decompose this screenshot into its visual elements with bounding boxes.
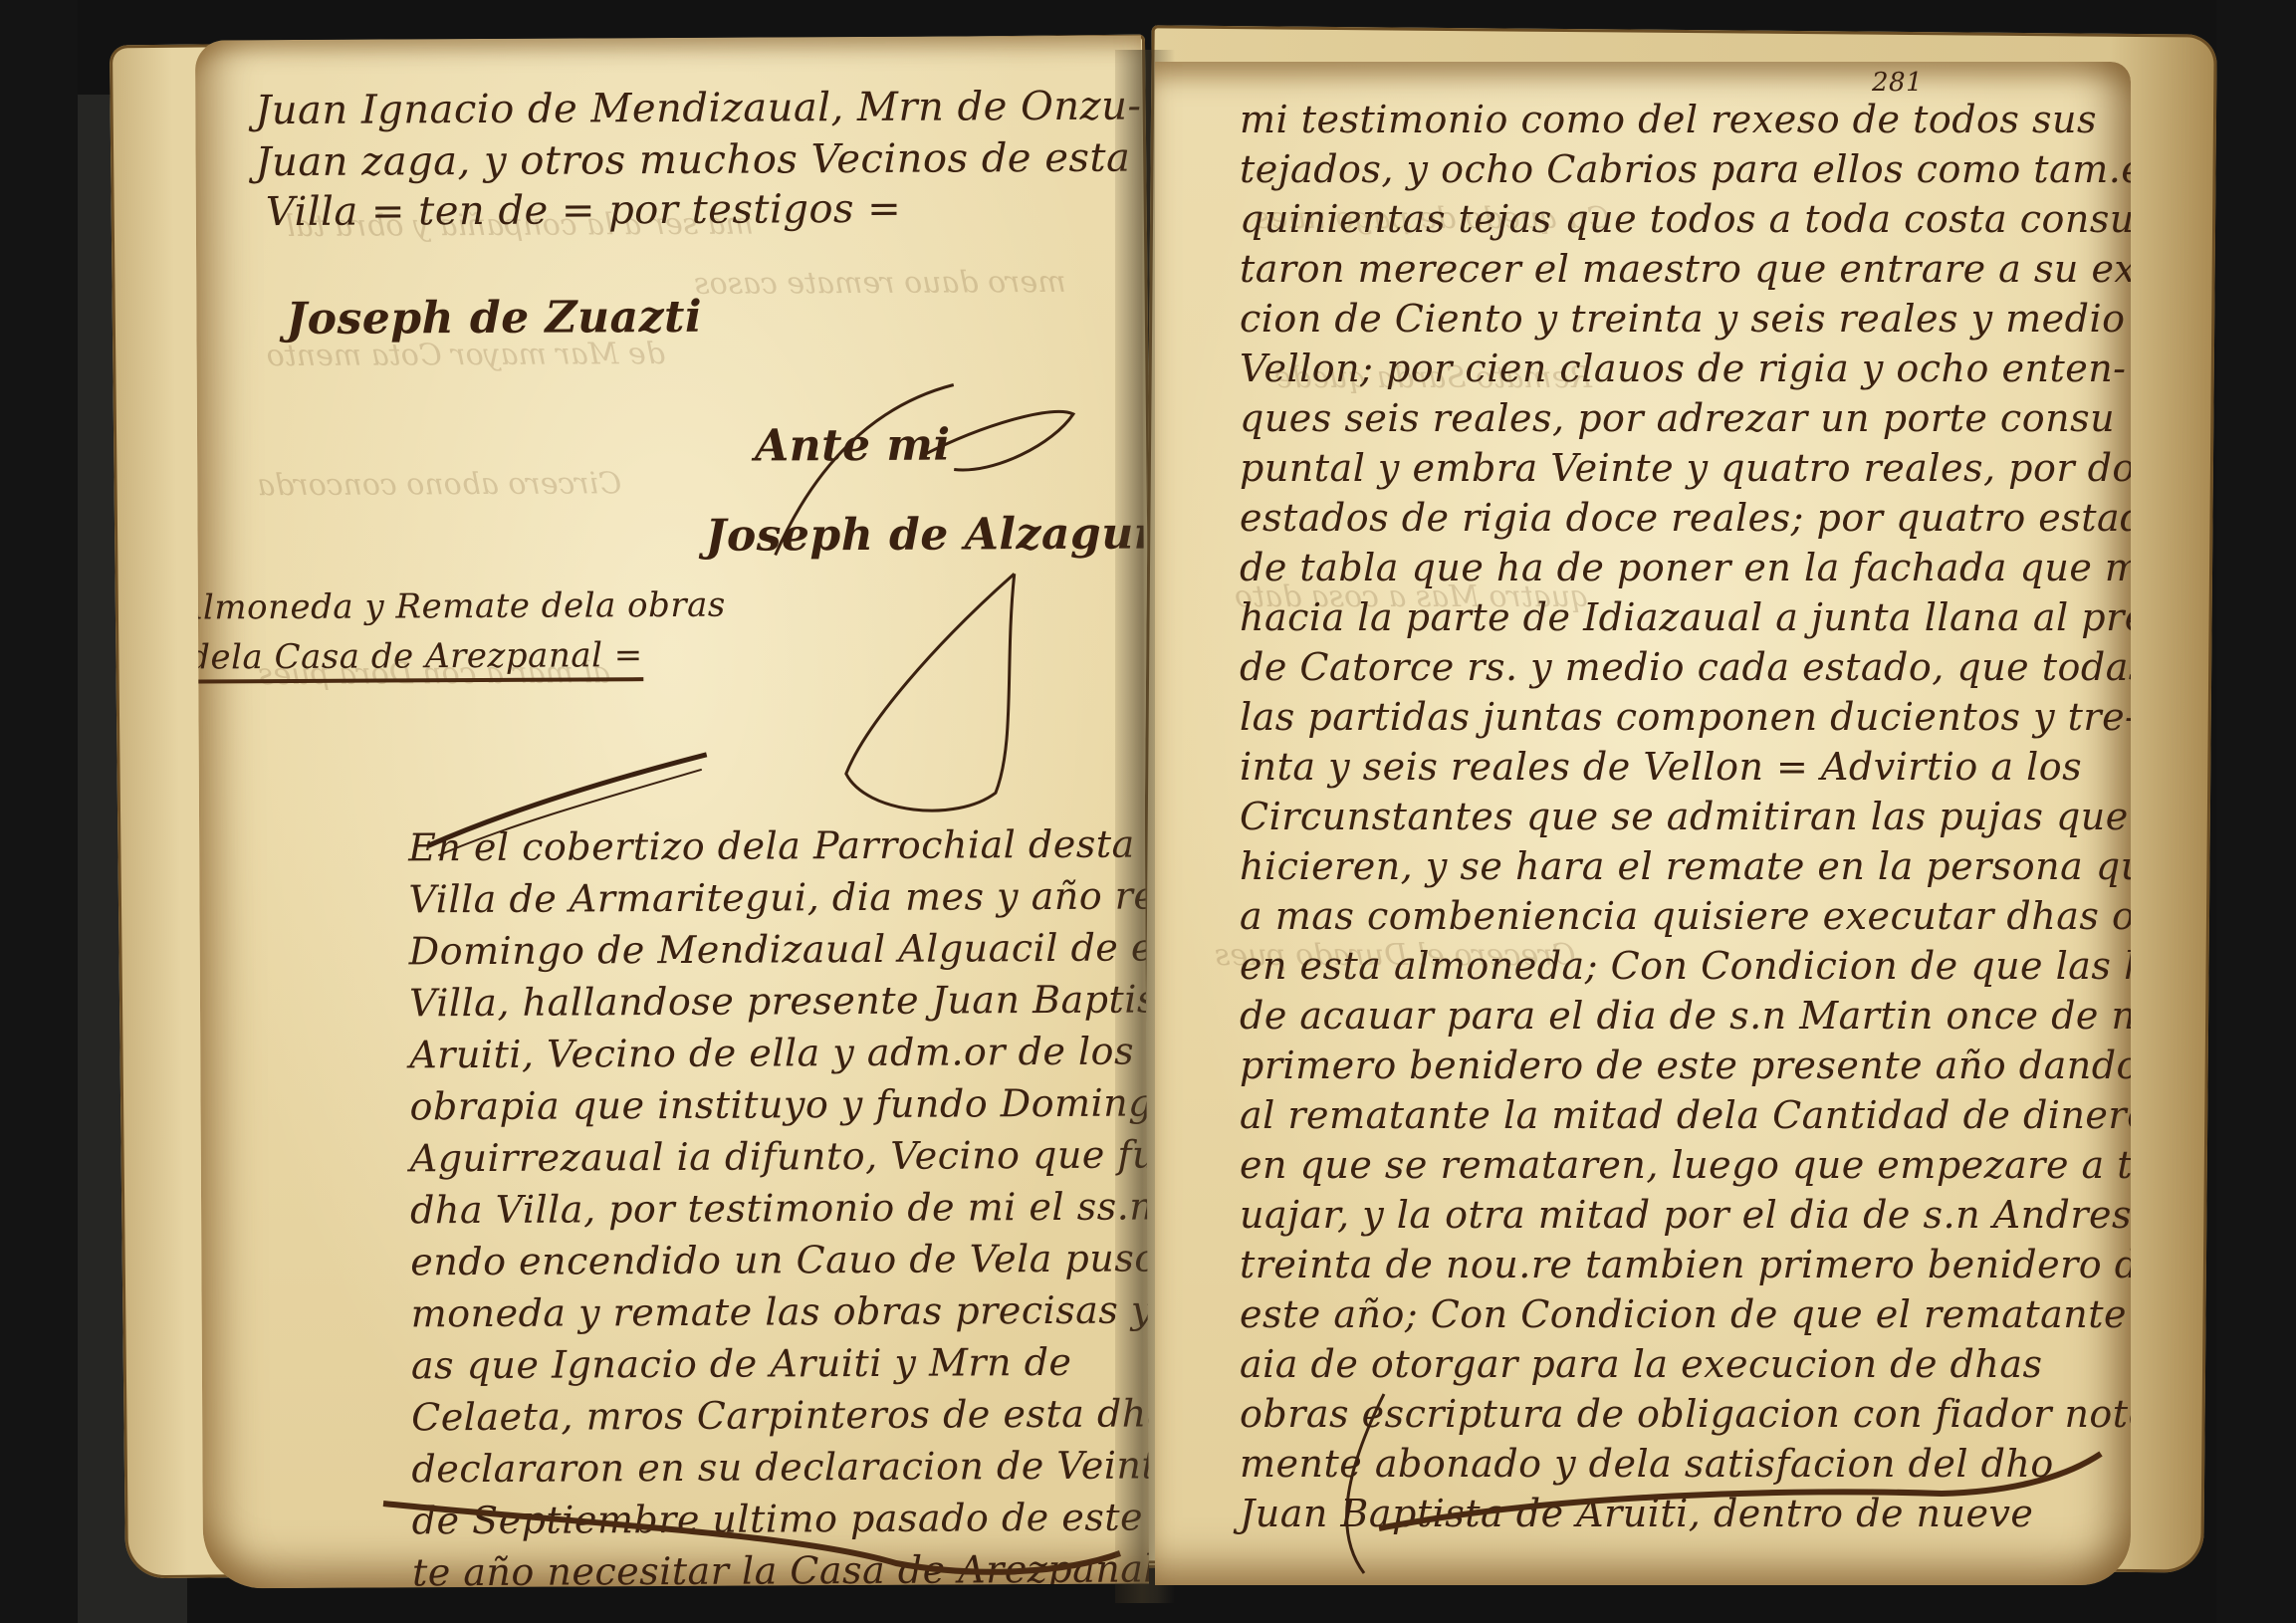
body-line: Villa, hallandose presente Juan Baptista…: [409, 977, 1149, 1025]
folio-number: 281: [1872, 68, 1923, 98]
body-line: Aguirrezaual ia difunto, Vecino que fue …: [410, 1132, 1149, 1181]
body-line: hicieren, y se hara el remate en la pers…: [1240, 844, 2131, 888]
body-line: Domingo de Mendizaual Alguacil de esta d…: [409, 925, 1149, 974]
body-line: taron merecer el maestro que entrare a s…: [1240, 247, 2131, 291]
body-line: quinientas tejas que todos a toda costa …: [1240, 197, 2131, 241]
closing-line-stroke-icon: [378, 1494, 1135, 1583]
body-line: ques seis reales, por adrezar un porte c…: [1240, 396, 2115, 440]
header-line-1: Juan Ignacio de Mendizaual, Mrn de Onzu-: [255, 84, 1141, 134]
body-line: de Catorce rs. y medio cada estado, que …: [1240, 645, 2131, 689]
bleed-through-text: mero dauo remate casos: [694, 265, 1066, 302]
body-line: moneda y remate las obras precisas y nec…: [411, 1286, 1150, 1335]
body-line: al rematante la mitad dela Cantidad de d…: [1240, 1093, 2131, 1137]
body-line: obrapia que instituyo y fundo Domingo de: [409, 1080, 1149, 1128]
body-line: tejados, y ocho Cabrios para ellos como …: [1240, 147, 2131, 191]
body-line: endo encendido un Cauo de Vela puso en a…: [410, 1236, 1149, 1284]
body-line: treinta de nou.re tambien primero benide…: [1240, 1243, 2131, 1286]
body-line: en que se remataren, luego que empezare …: [1240, 1143, 2131, 1187]
body-line: Villa de Armaritegui, dia mes y año refe…: [408, 873, 1149, 922]
body-line: en esta almoneda; Con Condicion de que l…: [1240, 944, 2131, 988]
body-line: a mas combeniencia quisiere executar dha…: [1240, 894, 2131, 938]
body-line: primero benidero de este presente año da…: [1240, 1043, 2131, 1087]
body-line: las partidas juntas componen ducientos y…: [1240, 695, 2131, 739]
header-line-3: Villa = ten de = por testigos =: [266, 186, 902, 235]
margin-note-line-1: Almoneda y Remate dela obras: [195, 585, 726, 628]
body-line: dha Villa, por testimonio de mi el ss.no…: [410, 1184, 1149, 1233]
body-line: hacia la parte de Idiazaual a junta llan…: [1240, 595, 2131, 639]
margin-note-line-2: dela Casa de Arezpanal =: [195, 635, 643, 683]
body-line: cion de Ciento y treinta y seis reales y…: [1240, 297, 2131, 341]
body-line: uajar, y la otra mitad por el dia de s.n…: [1240, 1193, 2131, 1237]
body-line: Aruiti, Vecino de ella y adm.or de los b…: [409, 1028, 1149, 1076]
body-line: as que Ignacio de Aruiti y Mrn de: [411, 1340, 1072, 1387]
backdrop-left: [0, 0, 78, 1623]
body-line: Vellon; por cien clauos de rigia y ocho …: [1240, 347, 2127, 390]
bleed-through-text: Circero abono concorda: [257, 466, 621, 503]
closing-line-stroke-icon: [1304, 1374, 2121, 1593]
body-line: estados de rigia doce reales; por quatro…: [1240, 496, 2131, 540]
backdrop-right: [2216, 0, 2296, 1623]
right-page: Cu quedo de pago nues Remato Sarda quede…: [1155, 62, 2131, 1585]
header-line-2: Juan zaga, y otros muchos Vecinos de est…: [255, 134, 1149, 185]
body-line: puntal y embra Veinte y quatro reales, p…: [1240, 446, 2131, 490]
body-line: Circunstantes que se admitiran las pujas…: [1240, 795, 2131, 838]
signature-zuazti: Joseph de Zuazti: [286, 292, 702, 345]
body-line: mi testimonio como del rexeso de todos s…: [1240, 98, 2097, 141]
body-line: este año; Con Condicion de que el remata…: [1240, 1292, 2127, 1336]
left-page: ma ser a la conpañia y obra tal de Mar m…: [195, 36, 1149, 1589]
body-line: inta y seis reales de Vellon = Advirtio …: [1240, 745, 2082, 789]
body-line: Celaeta, mros Carpinteros de esta dha Va: [411, 1391, 1149, 1439]
body-line: En el cobertizo dela Parrochial desta: [408, 822, 1135, 870]
body-line: declararon en su declaracion de Veinte y…: [411, 1443, 1149, 1492]
signature-flourish-icon: [755, 364, 1095, 834]
body-line: de acauar para el dia de s.n Martin once…: [1240, 994, 2131, 1038]
body-line: de tabla que ha de poner en la fachada q…: [1240, 546, 2131, 589]
